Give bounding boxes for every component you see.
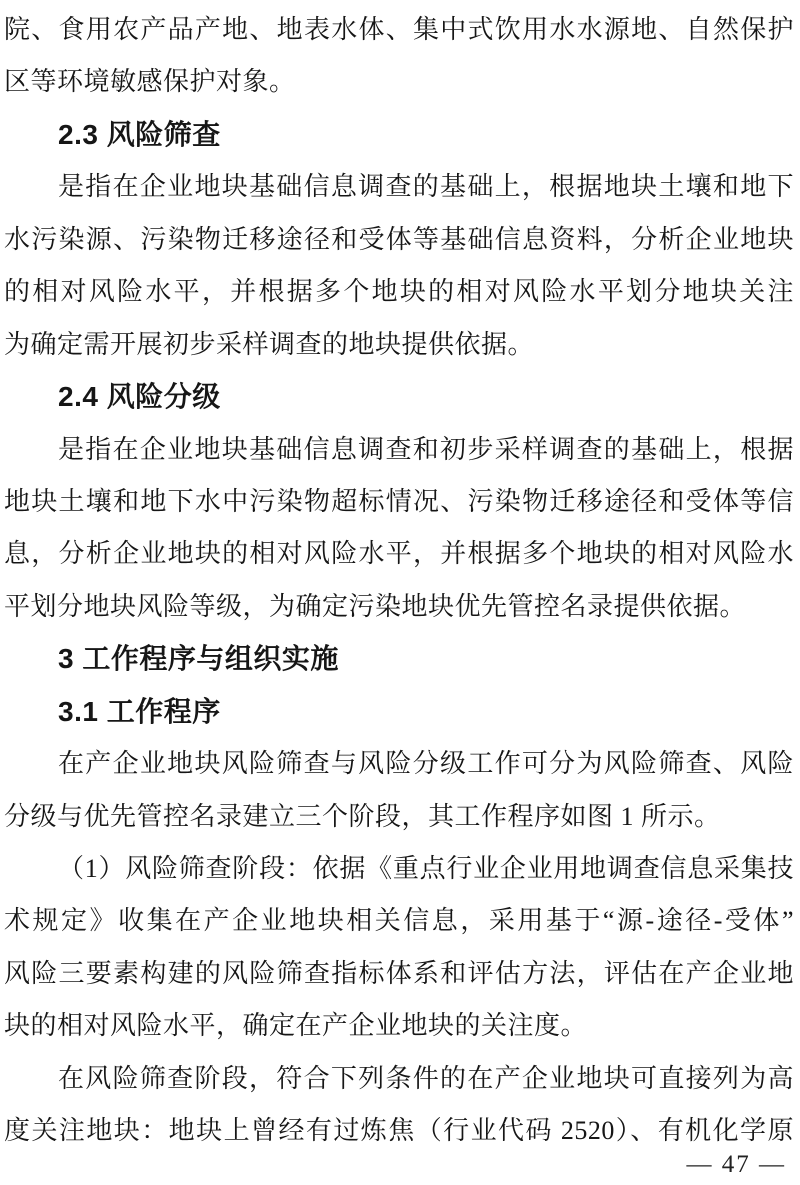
text-line: 的相对风险水平，并根据多个地块的相对风险水平划分地块关注度， (4, 266, 794, 318)
text-line: 是指在企业地块基础信息调查的基础上，根据地块土壤和地下 (4, 161, 794, 213)
text-line: 院、食用农产品产地、地表水体、集中式饮用水水源地、自然保护 (4, 4, 794, 56)
text-line: 在风险筛查阶段，符合下列条件的在产企业地块可直接列为高 (4, 1053, 794, 1105)
document-page: 院、食用农产品产地、地表水体、集中式饮用水水源地、自然保护区等环境敏感保护对象。… (0, 0, 800, 1185)
text-line: 息，分析企业地块的相对风险水平，并根据多个地块的相对风险水 (4, 528, 794, 580)
text-line: 术规定》收集在产企业地块相关信息，采用基于“源-途径-受体” (4, 895, 794, 947)
text-line: 平划分地块风险等级，为确定污染地块优先管控名录提供依据。 (4, 581, 794, 633)
text-line: 水污染源、污染物迁移途径和受体等基础信息资料，分析企业地块 (4, 214, 794, 266)
text-line: 地块土壤和地下水中污染物超标情况、污染物迁移途径和受体等信 (4, 476, 794, 528)
text-line: 分级与优先管控名录建立三个阶段，其工作程序如图 1 所示。 (4, 791, 794, 843)
section-heading: 2.4 风险分级 (4, 371, 794, 423)
section-heading: 3 工作程序与组织实施 (4, 633, 794, 685)
text-line: 风险三要素构建的风险筛查指标体系和评估方法，评估在产企业地 (4, 948, 794, 1000)
text-line: （1）风险筛查阶段：依据《重点行业企业用地调查信息采集技 (4, 843, 794, 895)
document-text-block: 院、食用农产品产地、地表水体、集中式饮用水水源地、自然保护区等环境敏感保护对象。… (4, 4, 794, 1158)
text-line: 为确定需开展初步采样调查的地块提供依据。 (4, 319, 794, 371)
text-line: 是指在企业地块基础信息调查和初步采样调查的基础上，根据 (4, 424, 794, 476)
text-line: 区等环境敏感保护对象。 (4, 56, 794, 108)
page-number: — 47 — (687, 1151, 787, 1179)
section-heading: 3.1 工作程序 (4, 686, 794, 738)
text-line: 块的相对风险水平，确定在产企业地块的关注度。 (4, 1000, 794, 1052)
section-heading: 2.3 风险筛查 (4, 109, 794, 161)
text-line: 在产企业地块风险筛查与风险分级工作可分为风险筛查、风险 (4, 738, 794, 790)
text-line: 度关注地块：地块上曾经有过炼焦（行业代码 2520）、有机化学原 (4, 1105, 794, 1157)
